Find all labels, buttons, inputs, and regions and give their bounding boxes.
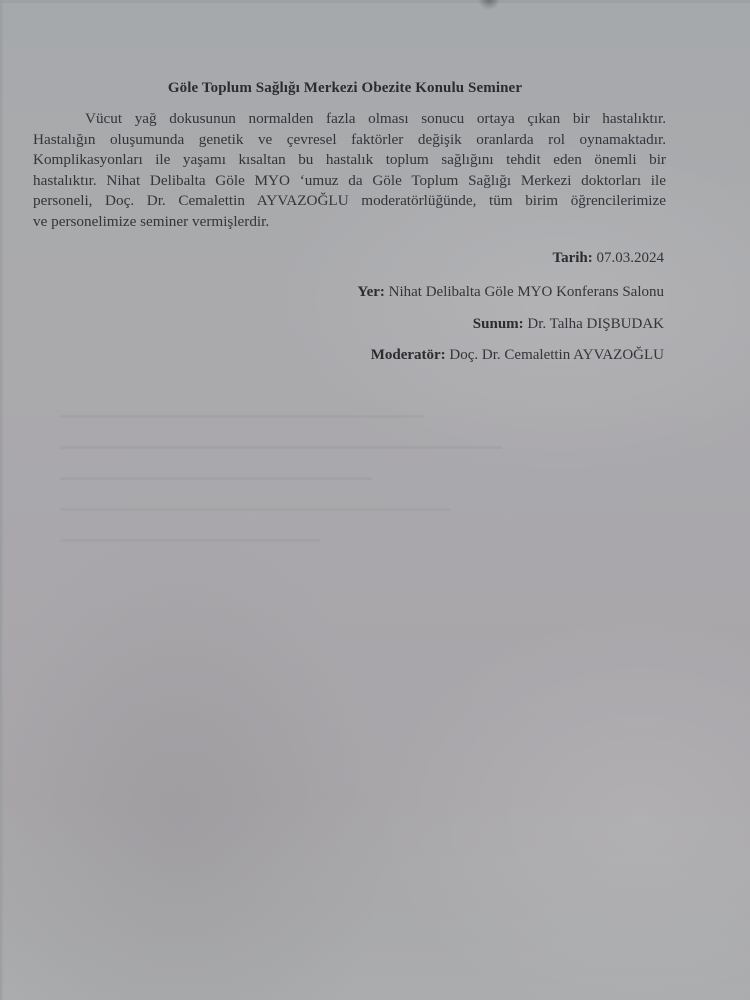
reverse-side-bleed-through bbox=[60, 415, 580, 595]
moderator-value: Doç. Dr. Cemalettin AYVAZOĞLU bbox=[449, 347, 664, 363]
date-row: Tarih: 07.03.2024 bbox=[552, 250, 664, 267]
presenter-row: Sunum: Dr. Talha DIŞBUDAK bbox=[473, 316, 664, 333]
paragraph-line: personeli, Doç. Dr. Cemalettin AYVAZOĞLU… bbox=[33, 191, 666, 212]
presenter-label: Sunum: bbox=[473, 316, 528, 332]
date-label: Tarih: bbox=[552, 250, 596, 266]
paper-left-edge bbox=[0, 0, 4, 1000]
paragraph-line: ve personelimize seminer vermişlerdir. bbox=[33, 212, 666, 233]
venue-value: Nihat Delibalta Göle MYO Konferans Salon… bbox=[389, 284, 664, 300]
paragraph-line: Komplikasyonları ile yaşamı kısaltan bu … bbox=[33, 150, 666, 171]
moderator-row: Moderatör: Doç. Dr. Cemalettin AYVAZOĞLU bbox=[371, 347, 664, 364]
paragraph-line: hastalıktır. Nihat Delibalta Göle MYO ‘u… bbox=[33, 171, 666, 192]
venue-row: Yer: Nihat Delibalta Göle MYO Konferans … bbox=[357, 284, 664, 301]
presenter-value: Dr. Talha DIŞBUDAK bbox=[527, 316, 664, 332]
body-paragraph: Vücut yağ dokusunun normalden fazla olma… bbox=[33, 109, 666, 233]
date-value: 07.03.2024 bbox=[597, 250, 665, 266]
document-title: Göle Toplum Sağlığı Merkezi Obezite Konu… bbox=[0, 80, 690, 97]
paragraph-line: Vücut yağ dokusunun normalden fazla olma… bbox=[33, 109, 666, 130]
paragraph-line: Hastalığın oluşumunda genetik ve çevrese… bbox=[33, 130, 666, 151]
moderator-label: Moderatör: bbox=[371, 347, 450, 363]
paper-top-edge bbox=[0, 0, 750, 3]
venue-label: Yer: bbox=[357, 284, 388, 300]
